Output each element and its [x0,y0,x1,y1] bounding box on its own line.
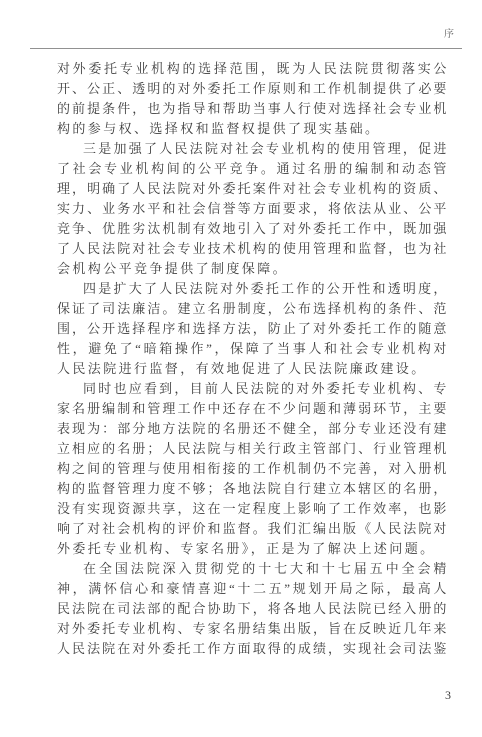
text-line: 三是加强了人民法院对社会专业机构的使用管理，促进 [57,139,448,159]
text-line: 构的监督管理力度不够；各地法院自行建立本辖区的名册， [57,479,448,499]
text-line: 的前提条件，也为指导和帮助当事人行使对选择社会专业机 [57,99,448,119]
text-line: 神，满怀信心和豪情喜迎“十二五”规划开局之际，最高人 [57,579,448,599]
text-line: 人民法院进行监督，有效地促进了人民法院廉政建设。 [57,359,448,379]
text-line: 保证了司法廉洁。建立名册制度，公布选择机构的条件、范 [57,299,448,319]
text-line: 四是扩大了人民法院对外委托工作的公开性和透明度， [57,279,448,299]
text-line: 没有实现资源共享，这在一定程度上影响了工作效率，也影 [57,499,448,519]
text-line: 对外委托专业机构、专家名册结集出版，旨在反映近几年来 [57,619,448,639]
text-line: 性，避免了“暗箱操作”，保障了当事人和社会专业机构对 [57,339,448,359]
text-line: 民法院在司法部的配合协助下，将各地人民法院已经入册的 [57,599,448,619]
document-page: 序 对外委托专业机构的选择范围，既为人民法院贯彻落实公开、公正、透明的对外委托工… [0,0,482,737]
text-line: 在全国法院深入贯彻党的十七大和十七届五中全会精 [57,559,448,579]
text-line: 围，公开选择程序和选择方法，防止了对外委托工作的随意 [57,319,448,339]
text-line: 响了对社会机构的评价和监督。我们汇编出版《人民法院对 [57,519,448,539]
page-number: 3 [445,688,451,702]
text-line: 家名册编制和管理工作中还存在不少问题和薄弱环节，主要 [57,399,448,419]
body-text: 对外委托专业机构的选择范围，既为人民法院贯彻落实公开、公正、透明的对外委托工作原… [57,59,448,659]
text-line: 会机构公平竞争提供了制度保障。 [57,259,448,279]
text-line: 对外委托专业机构的选择范围，既为人民法院贯彻落实公 [57,59,448,79]
text-line: 开、公正、透明的对外委托工作原则和工作机制提供了必要 [57,79,448,99]
text-line: 同时也应看到，目前人民法院的对外委托专业机构、专 [57,379,448,399]
text-line: 了社会专业机构间的公平竞争。通过名册的编制和动态管 [57,159,448,179]
text-line: 构的参与权、选择权和监督权提供了现实基础。 [57,119,448,139]
text-line: 表现为：部分地方法院的名册还不健全，部分专业还没有建 [57,419,448,439]
header-rule [30,48,462,49]
text-line: 竞争、优胜劣汰机制有效地引入了对外委托工作中，既加强 [57,219,448,239]
text-line: 构之间的管理与使用相衔接的工作机制仍不完善，对入册机 [57,459,448,479]
text-line: 实力、业务水平和社会信誉等方面要求，将依法从业、公平 [57,199,448,219]
text-line: 立相应的名册；人民法院与相关行政主管部门、行业管理机 [57,439,448,459]
text-line: 人民法院在对外委托工作方面取得的成绩，实现社会司法鉴 [57,639,448,659]
text-line: 了人民法院对社会专业技术机构的使用管理和监督，也为社 [57,239,448,259]
header-section-label: 序 [444,29,454,41]
text-line: 理，明确了人民法院对外委托案件对社会专业机构的资质、 [57,179,448,199]
text-line: 外委托专业机构、专家名册》，正是为了解决上述问题。 [57,539,448,559]
